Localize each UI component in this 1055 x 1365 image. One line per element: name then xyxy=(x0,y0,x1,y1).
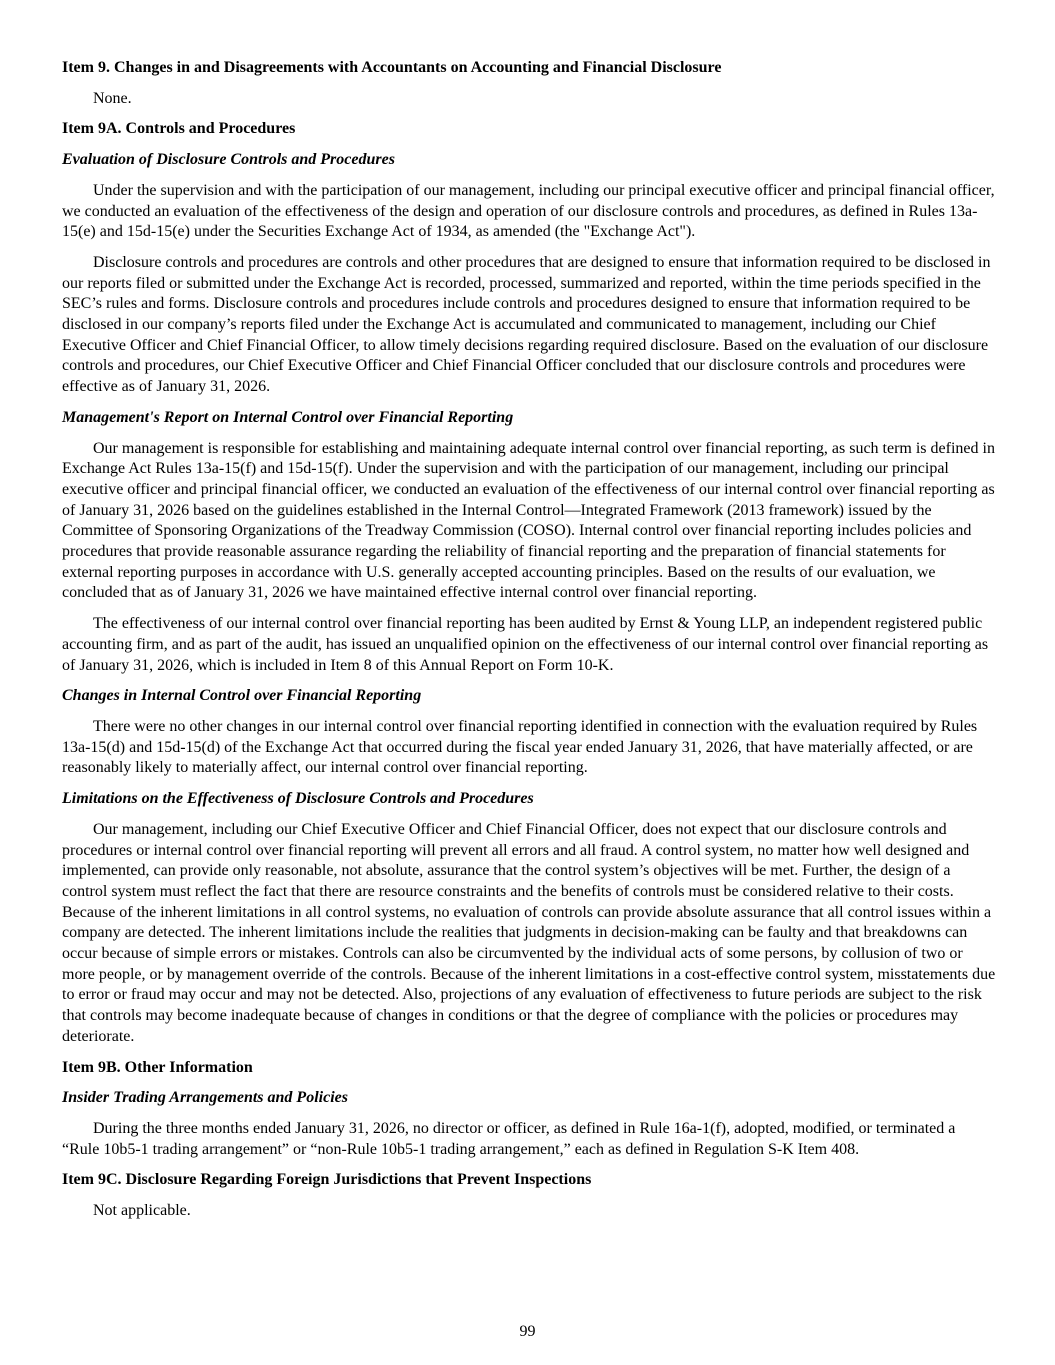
insider-trading-heading: Insider Trading Arrangements and Policie… xyxy=(62,1088,996,1109)
document-page: Item 9. Changes in and Disagreements wit… xyxy=(62,58,996,1232)
evaluation-paragraph-2: Disclosure controls and procedures are c… xyxy=(62,253,996,398)
item-9-heading: Item 9. Changes in and Disagreements wit… xyxy=(62,58,996,79)
item-9a-heading: Item 9A. Controls and Procedures xyxy=(62,119,996,140)
management-report-paragraph-2: The effectiveness of our internal contro… xyxy=(62,614,996,676)
changes-internal-control-paragraph: There were no other changes in our inter… xyxy=(62,717,996,779)
limitations-paragraph: Our management, including our Chief Exec… xyxy=(62,820,996,1048)
insider-trading-paragraph: During the three months ended January 31… xyxy=(62,1119,996,1160)
evaluation-paragraph-1: Under the supervision and with the parti… xyxy=(62,181,996,243)
item-9b-heading: Item 9B. Other Information xyxy=(62,1058,996,1079)
page-number: 99 xyxy=(0,1322,1055,1342)
evaluation-disclosure-controls-heading: Evaluation of Disclosure Controls and Pr… xyxy=(62,150,996,171)
item-9c-paragraph: Not applicable. xyxy=(62,1201,996,1222)
management-report-heading: Management's Report on Internal Control … xyxy=(62,408,996,429)
limitations-heading: Limitations on the Effectiveness of Disc… xyxy=(62,789,996,810)
changes-internal-control-heading: Changes in Internal Control over Financi… xyxy=(62,686,996,707)
management-report-paragraph-1: Our management is responsible for establ… xyxy=(62,439,996,605)
item-9c-heading: Item 9C. Disclosure Regarding Foreign Ju… xyxy=(62,1170,996,1191)
item-9-paragraph: None. xyxy=(62,89,996,110)
